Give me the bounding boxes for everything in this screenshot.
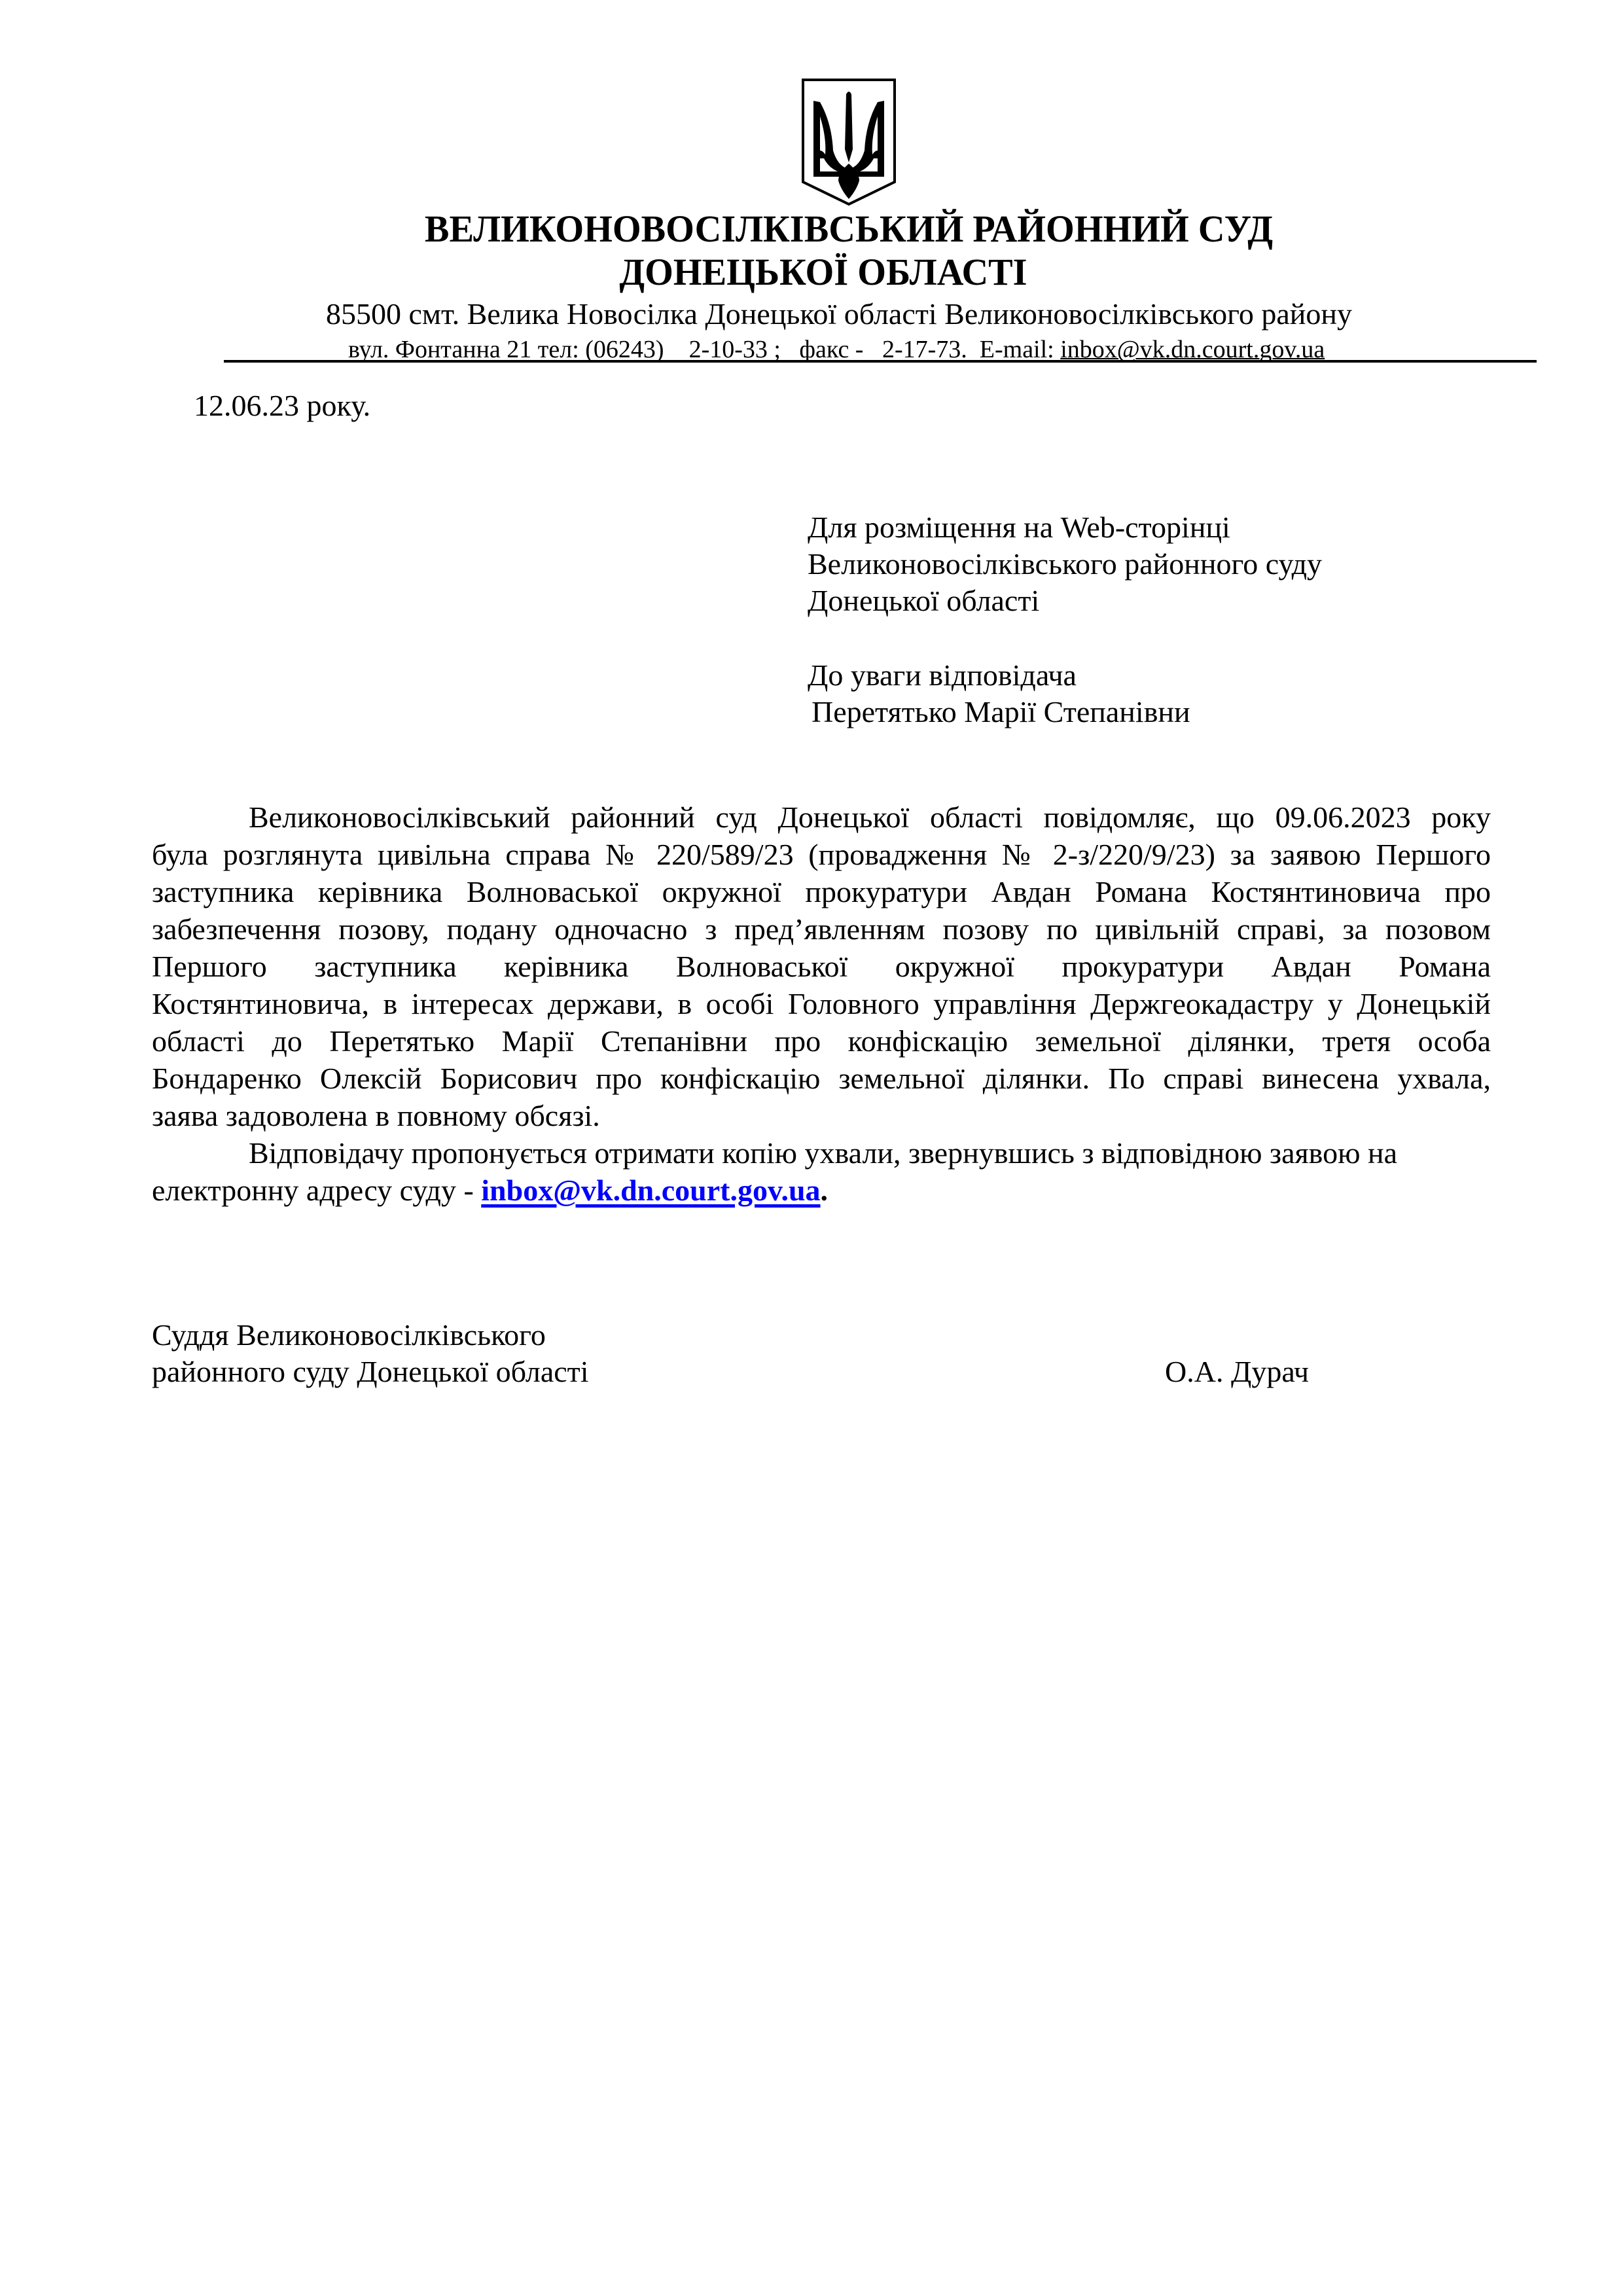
body-line: Великоновосілківський районний суд Донец… [249,798,1491,836]
court-email-link[interactable]: inbox@vk.dn.court.gov.ua [481,1174,820,1207]
body-line: була розглянута цивільна справа № 220/58… [152,836,1491,873]
addressee-line3: Донецької області [808,583,1039,619]
signature-title-line2: районного суду Донецької області [152,1354,589,1390]
court-name-line1: ВЕЛИКОНОВОСІЛКІВСЬКИЙ РАЙОННИЙ СУД [62,208,1623,250]
body-line: забезпечення позову, подану одночасно з … [152,910,1491,948]
addressee-line1: Для розміщення на Web-сторінці [808,509,1230,546]
body-line: області до Перетятько Марії Степанівни п… [152,1022,1491,1060]
court-name-line2: ДОНЕЦЬКОЇ ОБЛАСТІ [36,251,1611,293]
court-contacts-text: вул. Фонтанна 21 тел: (06243) 2-10-33 ; … [348,336,1060,363]
trident-coat-of-arms-icon [800,77,897,207]
judge-name: О.А. Дурач [1165,1354,1309,1390]
addressee-line4: До уваги відповідача [808,657,1077,694]
document-date: 12.06.23 року. [194,389,370,423]
body-line: Відповідачу пропонується отримати копію … [249,1134,1492,1172]
addressee-line2: Великоновосілківського районного суду [808,546,1322,583]
body-line: електронну адресу суду - inbox@vk.dn.cou… [152,1172,1491,1209]
email-period: . [821,1174,829,1207]
body-line: заява задоволена в повному обсязі. [152,1097,1491,1134]
header-divider [224,360,1537,363]
addressee-line5: Перетятько Марії Степанівни [811,694,1190,730]
body-line: Костянтиновича, в інтересах держави, в о… [152,985,1491,1022]
header-email-link[interactable]: inbox@vk.dn.court.gov.ua [1060,336,1325,363]
court-address-line1: 85500 смт. Велика Новосілка Донецької об… [326,297,1352,331]
email-intro-text: електронну адресу суду - [152,1174,481,1207]
body-line: Першого заступника керівника Волновасько… [152,948,1491,985]
signature-title-line1: Суддя Великоновосілківського [152,1317,546,1354]
body-line: заступника керівника Волноваської окружн… [152,873,1491,910]
body-line: Бондаренко Олексій Борисович про конфіск… [152,1060,1491,1097]
document-page: ВЕЛИКОНОВОСІЛКІВСЬКИЙ РАЙОННИЙ СУД ДОНЕЦ… [0,0,1623,2296]
